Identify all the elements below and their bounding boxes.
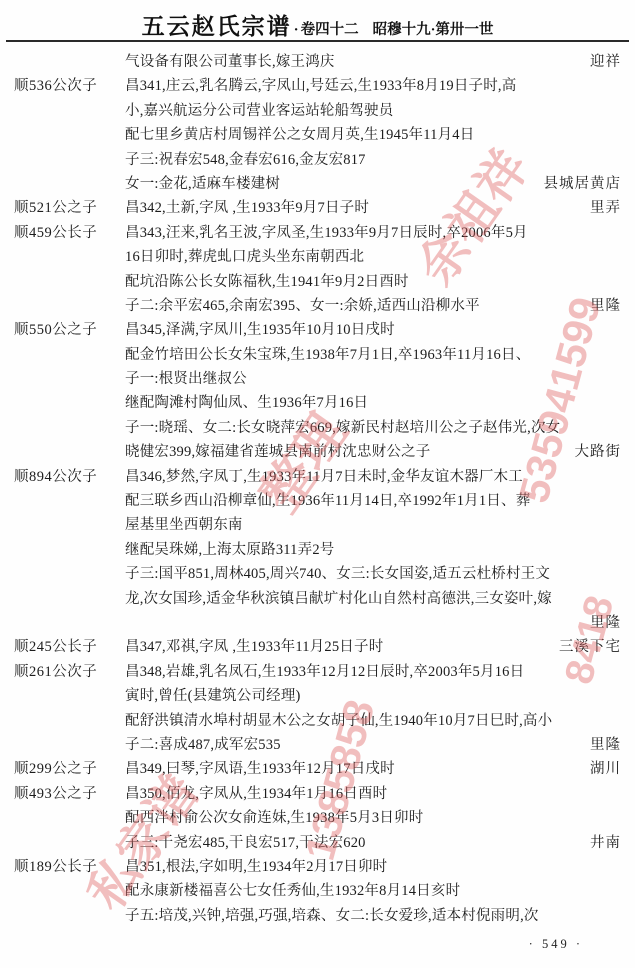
entry-text: 龙,次女国珍,适金华秋滨镇吕献圹村化山自然村高德洪,三女姿叶,嫁 [125, 587, 615, 611]
genealogy-row: 配七里乡黄店村周锡祥公之女周月英,生1945年11月4日 [14, 123, 621, 147]
entry-text: 配永康新楼福喜公七女任秀仙,生1932年8月14日亥时 [125, 879, 615, 903]
genealogy-row: 顺536公次子 昌341,庄云,乳名腾云,字凤山,号廷云,生1933年8月19日… [14, 74, 621, 98]
entry-text: 女一:金花,适麻车楼建树 [125, 172, 538, 196]
entry-text: 16日卯时,葬虎虬口虎头坐东南朝西北 [125, 245, 615, 269]
page-header: 五云赵氏宗谱·卷四十二昭穆十九·第卅一世 [0, 8, 635, 41]
genealogy-row: 屋基里坐西朝东南 [14, 513, 621, 537]
genealogy-row: 顺245公长子 昌347,邓祺,字凤 ,生1933年11月25日子时 三溪下宅 [14, 635, 621, 659]
lineage-label: 顺245公长子 [14, 635, 125, 659]
entry-text: 昌341,庄云,乳名腾云,字凤山,号廷云,生1933年8月19日子时,高 [125, 74, 615, 98]
entry-text: 配西泮村俞公次女俞连妹,生1938年5月3日卯时 [125, 806, 615, 830]
entry-rows: 气设备有限公司董事长,嫁王鸿庆 迎祥 顺536公次子 昌341,庄云,乳名腾云,… [14, 50, 621, 928]
generation-label: 昭穆十九·第卅一世 [373, 22, 494, 38]
lineage-label: 顺536公次子 [14, 74, 125, 98]
genealogy-row: 配永康新楼福喜公七女任秀仙,生1932年8月14日亥时 [14, 879, 621, 903]
lineage-label: 顺459公长子 [14, 221, 125, 245]
genealogy-row: 顺459公长子 昌343,汪来,乳名王波,字凤圣,生1933年9月7日辰时,卒2… [14, 221, 621, 245]
entry-text: 昌350,佰龙,字凤从,生1934年1月16日酉时 [125, 782, 615, 806]
genealogy-row: 继配吴珠娣,上海太原路311弄2号 [14, 538, 621, 562]
genealogy-row: 子一:根贤出继叔公 [14, 367, 621, 391]
entry-text: 子一:根贤出继叔公 [125, 367, 615, 391]
genealogy-row: 配坑沿陈公长女陈福秋,生1941年9月2日酉时 [14, 270, 621, 294]
genealogy-row: 顺261公次子 昌348,岩雄,乳名凤石,生1933年12月12日辰时,卒200… [14, 660, 621, 684]
entry-text: 昌345,泽满,字凤川,生1935年10月10日戌时 [125, 318, 615, 342]
entry-text: 昌343,汪来,乳名王波,字凤圣,生1933年9月7日辰时,卒2006年5月 [125, 221, 615, 245]
genealogy-row: 子二:余平宏465,余南宏395、女一:余娇,适西山沿柳水平 里隆 [14, 294, 621, 318]
entry-text: 继配吴珠娣,上海太原路311弄2号 [125, 538, 615, 562]
residence-label: 里隆 [584, 733, 621, 757]
genealogy-row: 配三联乡西山沿柳章仙,生1936年11月14日,卒1992年1月1日、葬 [14, 489, 621, 513]
residence-label: 迎祥 [584, 50, 621, 74]
residence-label: 里隆 [584, 611, 621, 635]
genealogy-row: 子三:祝春宏548,金春宏616,金友宏817 [14, 148, 621, 172]
lineage-label: 顺299公之子 [14, 757, 125, 781]
lineage-label: 顺189公长子 [14, 855, 125, 879]
genealogy-row: 子二:喜成487,成军宏535 里隆 [14, 733, 621, 757]
entry-text: 配金竹培田公长女朱宝珠,生1938年7月1日,卒1963年11月16日、 [125, 343, 615, 367]
genealogy-row: 小,嘉兴航运分公司营业客运站轮船驾驶员 [14, 99, 621, 123]
page-number: · 549 · [529, 937, 583, 952]
entry-text: 配三联乡西山沿柳章仙,生1936年11月14日,卒1992年1月1日、葬 [125, 489, 615, 513]
genealogy-row: 顺189公长子 昌351,根法,字如明,生1934年2月17日卯时 [14, 855, 621, 879]
genealogy-row: 配西泮村俞公次女俞连妹,生1938年5月3日卯时 [14, 806, 621, 830]
residence-label: 里弄 [584, 196, 621, 220]
entry-text: 子二:喜成487,成军宏535 [125, 733, 584, 757]
entry-text: 小,嘉兴航运分公司营业客运站轮船驾驶员 [125, 99, 615, 123]
genealogy-row: 子一:晓瑶、女二:长女晓萍宏669,嫁新民村赵培川公之子赵伟光,次女 [14, 416, 621, 440]
genealogy-row: 子三:干尧宏485,干良宏517,干法宏620 井南 [14, 831, 621, 855]
genealogy-row: 晓健宏399,嫁福建省莲城县南前村沈忠财公之子 大路街 [14, 440, 621, 464]
entry-text: 气设备有限公司董事长,嫁王鸿庆 [125, 50, 584, 74]
entry-text: 昌347,邓祺,字凤 ,生1933年11月25日子时 [125, 635, 553, 659]
entry-text: 寅时,曾任(县建筑公司经理) [125, 684, 615, 708]
residence-label: 里隆 [584, 294, 621, 318]
lineage-label: 顺521公之子 [14, 196, 125, 220]
genealogy-row: 寅时,曾任(县建筑公司经理) [14, 684, 621, 708]
entry-text: 子二:余平宏465,余南宏395、女一:余娇,适西山沿柳水平 [125, 294, 584, 318]
lineage-label: 顺894公次子 [14, 465, 125, 489]
genealogy-row: 子三:国平851,周林405,周兴740、女三:长女国姿,适五云杜桥村王文 [14, 562, 621, 586]
residence-label: 湖川 [584, 757, 621, 781]
genealogy-row: 女一:金花,适麻车楼建树 县城居黄店 [14, 172, 621, 196]
genealogy-row: 16日卯时,葬虎虬口虎头坐东南朝西北 [14, 245, 621, 269]
entry-text: 昌342,土新,字凤 ,生1933年9月7日子时 [125, 196, 584, 220]
lineage-label: 顺550公之子 [14, 318, 125, 342]
entry-text: 屋基里坐西朝东南 [125, 513, 615, 537]
entry-text: 子五:培茂,兴钟,培强,巧强,培森、女二:长女爱珍,适本村倪雨明,次 [125, 904, 615, 928]
entry-text: 配坑沿陈公长女陈福秋,生1941年9月2日酉时 [125, 270, 615, 294]
genealogy-row: 配舒洪镇清水埠村胡显木公之女胡子仙,生1940年10月7日巳时,高小 [14, 709, 621, 733]
residence-label: 县城居黄店 [538, 172, 622, 196]
lineage-label: 顺261公次子 [14, 660, 125, 684]
genealogy-row: 里隆 [14, 611, 621, 635]
residence-label: 三溪下宅 [553, 635, 621, 659]
residence-label: 井南 [584, 831, 621, 855]
genealogy-row: 配金竹培田公长女朱宝珠,生1938年7月1日,卒1963年11月16日、 [14, 343, 621, 367]
entry-text: 昌351,根法,字如明,生1934年2月17日卯时 [125, 855, 615, 879]
entry-text: 昌348,岩雄,乳名凤石,生1933年12月12日辰时,卒2003年5月16日 [125, 660, 615, 684]
book-title: 五云赵氏宗谱 [142, 14, 292, 39]
entry-text: 子三:干尧宏485,干良宏517,干法宏620 [125, 831, 584, 855]
genealogy-row: 顺521公之子 昌342,土新,字凤 ,生1933年9月7日子时 里弄 [14, 196, 621, 220]
genealogy-row: 顺550公之子 昌345,泽满,字凤川,生1935年10月10日戌时 [14, 318, 621, 342]
lineage-label: 顺493公之子 [14, 782, 125, 806]
genealogy-row: 龙,次女国珍,适金华秋滨镇吕献圹村化山自然村高德洪,三女姿叶,嫁 [14, 587, 621, 611]
entry-text: 配舒洪镇清水埠村胡显木公之女胡子仙,生1940年10月7日巳时,高小 [125, 709, 615, 733]
entry-text: 配七里乡黄店村周锡祥公之女周月英,生1945年11月4日 [125, 123, 615, 147]
entry-text: 昌346,梦然,字凤丁,生1933年11月7日未时,金华友谊木器厂木工 [125, 465, 615, 489]
entry-text: 昌349,曰琴,字凤语,生1933年12月17日戌时 [125, 757, 584, 781]
header-rule [6, 40, 629, 42]
entry-text: 子三:祝春宏548,金春宏616,金友宏817 [125, 148, 615, 172]
volume-label: 卷四十二 [301, 22, 359, 38]
entry-text: 继配陶滩村陶仙凤、生1936年7月16日 [125, 391, 615, 415]
genealogy-row: 气设备有限公司董事长,嫁王鸿庆 迎祥 [14, 50, 621, 74]
residence-label: 大路街 [569, 440, 622, 464]
title-separator-dot: · [294, 22, 299, 38]
genealogy-page: 五云赵氏宗谱·卷四十二昭穆十九·第卅一世 气设备有限公司董事长,嫁王鸿庆 迎祥 … [0, 0, 635, 968]
genealogy-row: 顺299公之子 昌349,曰琴,字凤语,生1933年12月17日戌时 湖川 [14, 757, 621, 781]
entry-text: 子三:国平851,周林405,周兴740、女三:长女国姿,适五云杜桥村王文 [125, 562, 615, 586]
genealogy-row: 继配陶滩村陶仙凤、生1936年7月16日 [14, 391, 621, 415]
genealogy-row: 顺493公之子 昌350,佰龙,字凤从,生1934年1月16日酉时 [14, 782, 621, 806]
genealogy-row: 顺894公次子 昌346,梦然,字凤丁,生1933年11月7日未时,金华友谊木器… [14, 465, 621, 489]
genealogy-row: 子五:培茂,兴钟,培强,巧强,培森、女二:长女爱珍,适本村倪雨明,次 [14, 904, 621, 928]
entry-text: 晓健宏399,嫁福建省莲城县南前村沈忠财公之子 [125, 440, 569, 464]
entry-text: 子一:晓瑶、女二:长女晓萍宏669,嫁新民村赵培川公之子赵伟光,次女 [125, 416, 615, 440]
